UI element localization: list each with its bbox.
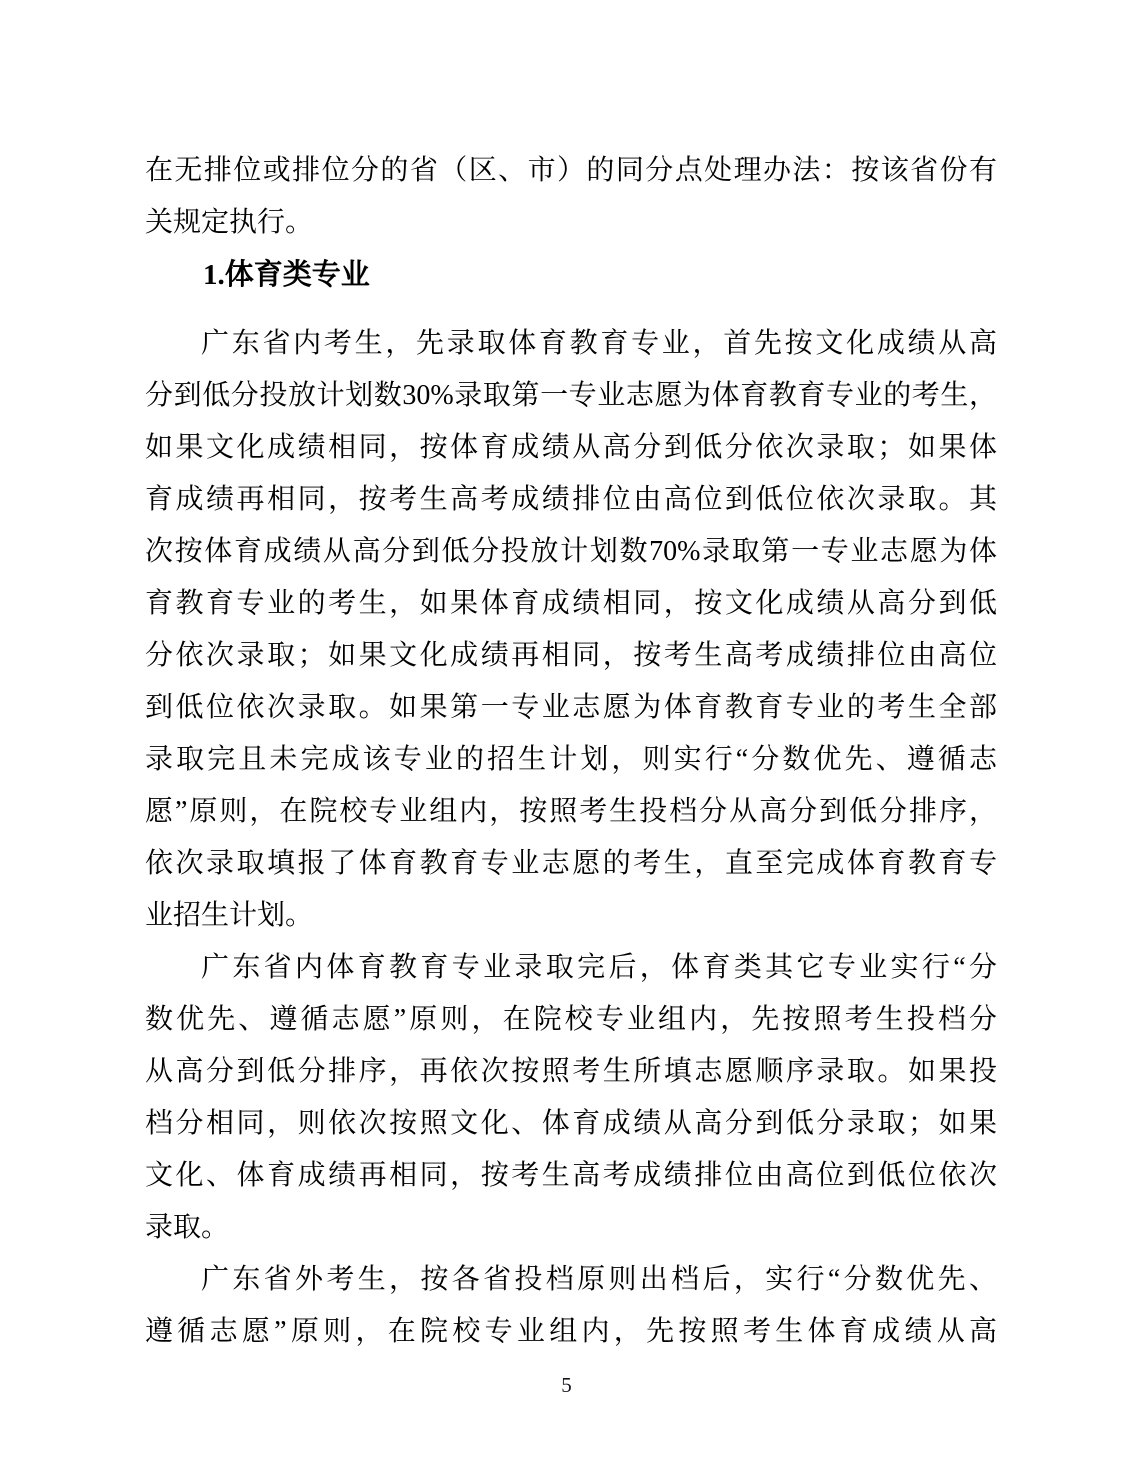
text-line: 遵循志愿”原则，在院校专业组内，先按照考生体育成绩从高 [145,1306,997,1358]
text-line: 育教育专业的考生，如果体育成绩相同，按文化成绩从高分到低 [145,578,997,630]
text-line: 从高分到低分排序，再依次按照考生所填志愿顺序录取。如果投 [145,1046,997,1098]
text-line: 如果文化成绩相同，按体育成绩从高分到低分依次录取；如果体 [145,422,997,474]
text-line: 档分相同，则依次按照文化、体育成绩从高分到低分录取；如果 [145,1098,997,1150]
text-line: 关规定执行。 [145,197,997,249]
document-body: 在无排位或排位分的省（区、市）的同分点处理办法：按该省份有关规定执行。1.体育类… [145,145,997,1358]
text-line: 录取。 [145,1202,997,1254]
text-line: 数优先、遵循志愿”原则，在院校专业组内，先按照考生投档分 [145,994,997,1046]
text-line: 1.体育类专业 [145,249,997,301]
text-line: 分到低分投放计划数30%录取第一专业志愿为体育教育专业的考生， [145,370,997,422]
text-line: 在无排位或排位分的省（区、市）的同分点处理办法：按该省份有 [145,145,997,197]
page-number: 5 [0,1372,1133,1398]
text-line: 分依次录取；如果文化成绩再相同，按考生高考成绩排位由高位 [145,630,997,682]
text-line: 广东省内体育教育专业录取完后，体育类其它专业实行“分 [145,942,997,994]
text-line: 广东省外考生，按各省投档原则出档后，实行“分数优先、 [145,1254,997,1306]
text-line: 广东省内考生，先录取体育教育专业，首先按文化成绩从高 [145,318,997,370]
document-page: 在无排位或排位分的省（区、市）的同分点处理办法：按该省份有关规定执行。1.体育类… [0,0,1133,1467]
paragraph: 广东省内体育教育专业录取完后，体育类其它专业实行“分数优先、遵循志愿”原则，在院… [145,942,997,1254]
text-line: 录取完且未完成该专业的招生计划，则实行“分数优先、遵循志 [145,734,997,786]
text-line: 业招生计划。 [145,890,997,942]
paragraph: 广东省内考生，先录取体育教育专业，首先按文化成绩从高分到低分投放计划数30%录取… [145,318,997,942]
text-line: 到低位依次录取。如果第一专业志愿为体育教育专业的考生全部 [145,682,997,734]
text-line: 文化、体育成绩再相同，按考生高考成绩排位由高位到低位依次 [145,1150,997,1202]
paragraph: 在无排位或排位分的省（区、市）的同分点处理办法：按该省份有关规定执行。 [145,145,997,249]
text-line: 次按体育成绩从高分到低分投放计划数70%录取第一专业志愿为体 [145,526,997,578]
text-line: 育成绩再相同，按考生高考成绩排位由高位到低位依次录取。其 [145,474,997,526]
paragraph: 广东省外考生，按各省投档原则出档后，实行“分数优先、遵循志愿”原则，在院校专业组… [145,1254,997,1358]
section-heading: 1.体育类专业 [145,249,997,301]
text-line: 依次录取填报了体育教育专业志愿的考生，直至完成体育教育专 [145,838,997,890]
text-line: 愿”原则，在院校专业组内，按照考生投档分从高分到低分排序， [145,786,997,838]
